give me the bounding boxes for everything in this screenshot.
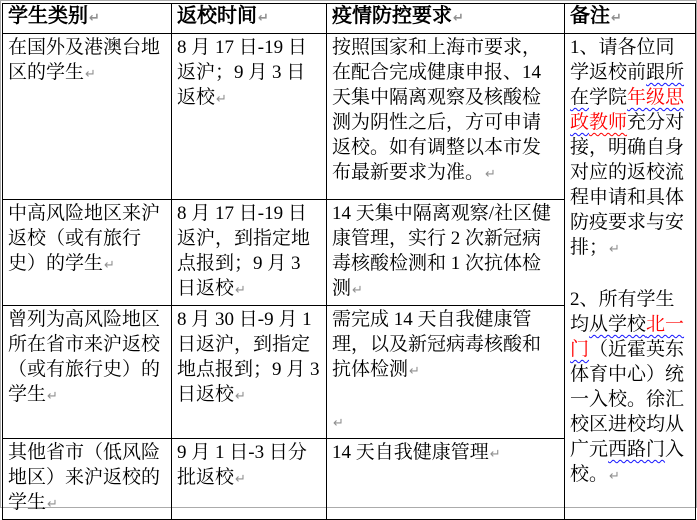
cell-row4-requirement: 14 天自我健康管理↵ bbox=[327, 439, 565, 520]
header-cell-remark: 备注↵ bbox=[565, 4, 696, 34]
paragraph-mark: ↵ bbox=[46, 497, 58, 512]
cell-text: 14 天自我健康管理↵ bbox=[332, 440, 558, 467]
header-cell-time: 返校时间↵ bbox=[172, 4, 327, 34]
cell-row2-time: 8 月 17 日-19 日返沪，到指定地点报到；9 月 3 日返校↵ bbox=[172, 200, 327, 306]
remark-text-segment: 西路门 bbox=[608, 439, 665, 460]
paragraph-mark: ↵ bbox=[608, 469, 620, 484]
paragraph-mark: ↵ bbox=[351, 283, 363, 298]
category-text: 其他省市（低风险地区）来沪返校的学生 bbox=[8, 442, 160, 513]
paragraph-mark: ↵ bbox=[408, 364, 420, 379]
paragraph-mark: ↵ bbox=[484, 167, 496, 182]
cell-row1-requirement: 按照国家和上海市要求，在配合完成健康申报、14 天集中隔离观察及核酸检测为阴性之… bbox=[327, 34, 565, 200]
empty-paragraph: ↵ bbox=[332, 409, 558, 436]
cell-text: 14 天集中隔离观察/社区健康管理，实行 2 次新冠病毒核酸检测和 1 次抗体检… bbox=[332, 201, 558, 303]
remark-paragraph-2: 2、所有学生均从学校北一门（近霍英东体育中心）统一入校。徐汇校区进校均从广元西路… bbox=[570, 287, 689, 489]
header-label-time: 返校时间 bbox=[177, 5, 257, 27]
paragraph-mark: ↵ bbox=[215, 92, 227, 107]
header-cell-category: 学生类别↵ bbox=[3, 4, 172, 34]
cell-row2-requirement: 14 天集中隔离观察/社区健康管理，实行 2 次新冠病毒核酸检测和 1 次抗体检… bbox=[327, 200, 565, 306]
header-label-remark: 备注 bbox=[570, 5, 610, 27]
paragraph-mark: ↵ bbox=[234, 472, 246, 487]
cell-text: 需完成 14 天自我健康管理，以及新冠病毒核酸和抗体检测↵ bbox=[332, 307, 558, 384]
cell-row3-requirement: 需完成 14 天自我健康管理，以及新冠病毒核酸和抗体检测↵ ↵ bbox=[327, 306, 565, 439]
paragraph-mark: ↵ bbox=[257, 11, 269, 26]
cell-text: 其他省市（低风险地区）来沪返校的学生↵ bbox=[8, 440, 165, 517]
cell-row3-time: 8 月 30 日-9 月 1 日返沪，到指定地点报到；9 月 3 日返校↵ bbox=[172, 306, 327, 439]
return-to-school-table: 学生类别↵ 返校时间↵ 疫情防控要求↵ 备注↵ 在国外及港澳台地区的学生↵ 8 … bbox=[2, 3, 696, 520]
cell-text: 按照国家和上海市要求，在配合完成健康申报、14 天集中隔离观察及核酸检测为阴性之… bbox=[332, 35, 558, 187]
category-text: 中高风险地区来沪返校（或有旅行史）的学生 bbox=[8, 203, 160, 274]
header-label-requirement: 疫情防控要求 bbox=[332, 5, 452, 27]
paragraph-mark: ↵ bbox=[46, 389, 58, 404]
time-text: 8 月 30 日-9 月 1 日返沪，到指定地点报到；9 月 3 日返校 bbox=[177, 309, 320, 405]
paragraph-mark: ↵ bbox=[489, 447, 501, 462]
requirement-text: 14 天自我健康管理 bbox=[332, 442, 489, 463]
header-row: 学生类别↵ 返校时间↵ 疫情防控要求↵ 备注↵ bbox=[3, 4, 696, 34]
paragraph-mark: ↵ bbox=[608, 242, 620, 257]
paragraph-mark: ↵ bbox=[452, 11, 464, 26]
remark-text-segment: 教师 bbox=[589, 112, 627, 133]
cell-text: 中高风险地区来沪返校（或有旅行史）的学生↵ bbox=[8, 201, 165, 278]
requirement-text: 按照国家和上海市要求，在配合完成健康申报、14 天集中隔离观察及核酸检测为阴性之… bbox=[332, 37, 541, 183]
requirement-text: 需完成 14 天自我健康管理，以及新冠病毒核酸和抗体检测 bbox=[332, 309, 541, 380]
paragraph-mark: ↵ bbox=[103, 258, 115, 273]
header-label-category: 学生类别 bbox=[8, 5, 88, 27]
cell-text: 8 月 17 日-19 日返沪，到指定地点报到；9 月 3 日返校↵ bbox=[177, 201, 320, 303]
paragraph-mark: ↵ bbox=[234, 389, 246, 404]
cell-text: 曾列为高风险地区所在省市来沪返校（或有旅行史）的学生↵ bbox=[8, 307, 165, 409]
cell-remarks: 1、请各位同学返校前跟所在学院年级思政教师充分对接，明确自身对应的返校流程申请和… bbox=[565, 34, 696, 520]
remark-text-segment: 充分对接，明确自身对应的返校流程申请和具体防疫要求与安排； bbox=[570, 112, 684, 258]
cell-text: 在国外及港澳台地区的学生↵ bbox=[8, 35, 165, 87]
cell-row1-time: 8 月 17 日-19 日返沪；9 月 3 日返校↵ bbox=[172, 34, 327, 200]
header-cell-requirement: 疫情防控要求↵ bbox=[327, 4, 565, 34]
paragraph-mark: ↵ bbox=[610, 11, 622, 26]
cell-text: 8 月 17 日-19 日返沪；9 月 3 日返校↵ bbox=[177, 35, 320, 112]
category-text: 曾列为高风险地区所在省市来沪返校（或有旅行史）的学生 bbox=[8, 309, 160, 405]
cell-row1-category: 在国外及港澳台地区的学生↵ bbox=[3, 34, 172, 200]
cell-row3-category: 曾列为高风险地区所在省市来沪返校（或有旅行史）的学生↵ bbox=[3, 306, 172, 439]
time-text: 8 月 17 日-19 日返沪；9 月 3 日返校 bbox=[177, 37, 307, 108]
paragraph-mark: ↵ bbox=[234, 283, 246, 298]
remark-text-segment: 从学校 bbox=[589, 314, 646, 335]
cell-text: 8 月 30 日-9 月 1 日返沪，到指定地点报到；9 月 3 日返校↵ bbox=[177, 307, 320, 409]
cell-row2-category: 中高风险地区来沪返校（或有旅行史）的学生↵ bbox=[3, 200, 172, 306]
requirement-text: 14 天集中隔离观察/社区健康管理，实行 2 次新冠病毒核酸检测和 1 次抗体检… bbox=[332, 203, 551, 299]
remark-paragraph-1: 1、请各位同学返校前跟所在学院年级思政教师充分对接，明确自身对应的返校流程申请和… bbox=[570, 35, 689, 262]
table-row: 在国外及港澳台地区的学生↵ 8 月 17 日-19 日返沪；9 月 3 日返校↵… bbox=[3, 34, 696, 200]
paragraph-mark: ↵ bbox=[88, 11, 100, 26]
cell-row4-category: 其他省市（低风险地区）来沪返校的学生↵ bbox=[3, 439, 172, 520]
document-page: 学生类别↵ 返校时间↵ 疫情防控要求↵ 备注↵ 在国外及港澳台地区的学生↵ 8 … bbox=[0, 0, 697, 508]
paragraph-mark: ↵ bbox=[84, 67, 96, 82]
cell-row4-time: 9 月 1 日-3 日分批返校↵ bbox=[172, 439, 327, 520]
cell-text: 9 月 1 日-3 日分批返校↵ bbox=[177, 440, 320, 492]
remark-text-segment: 学院 bbox=[589, 87, 627, 108]
paragraph-mark: ↵ bbox=[332, 416, 344, 431]
